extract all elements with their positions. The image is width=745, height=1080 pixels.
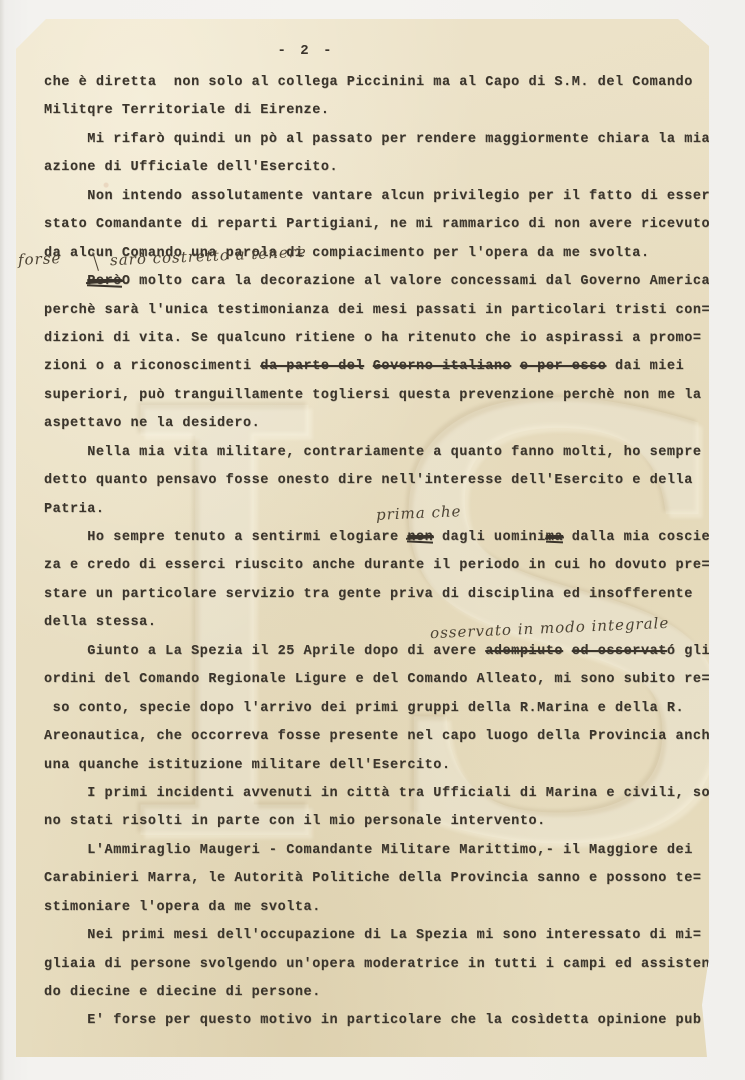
handwritten-annotation: forse bbox=[18, 251, 62, 268]
typed-line: osservato in modo integrale Giunto a La … bbox=[44, 638, 699, 666]
typed-line: superiori, può tranguillamente togliersi… bbox=[44, 382, 699, 410]
typed-line: gliaia di persone svolgendo un'opera mod… bbox=[44, 951, 699, 979]
struck-text: Governo italiano bbox=[373, 359, 511, 374]
typed-line: stare un particolare servizio tra gente … bbox=[44, 581, 699, 609]
typed-line: do diecine e diecine di persone. bbox=[44, 979, 699, 1007]
document-page: ISR - 2 - che è diretta non solo al coll… bbox=[16, 19, 709, 1057]
typed-text: E' forse per questo motivo in particolar… bbox=[44, 1013, 719, 1028]
typed-line: dizioni di vita. Se qualcuno ritiene o h… bbox=[44, 325, 699, 353]
typed-text: dalla mia coscien= bbox=[563, 530, 727, 545]
typed-text: Non intendo assolutamente vantare alcun … bbox=[44, 189, 719, 204]
typed-text: Ho sempre tenuto a sentirmi elogiare bbox=[44, 530, 407, 545]
typed-line: forse/sarò costretto a tenere PeròO molt… bbox=[44, 268, 699, 296]
typed-text: Areonautica, che occorreva fosse present… bbox=[44, 729, 719, 744]
typed-text: zioni o a riconoscimenti bbox=[44, 359, 260, 374]
typed-line: una quanche istituzione militare dell'Es… bbox=[44, 752, 699, 780]
typed-line: no stati risolti in parte con il mio per… bbox=[44, 808, 699, 836]
typed-line: Patria. bbox=[44, 496, 699, 524]
struck-text: ed osservat bbox=[572, 644, 667, 659]
typed-text: ó gli bbox=[667, 644, 710, 659]
typed-line: Militqre Territoriale di Eirenze. bbox=[44, 97, 699, 125]
struck-text: non bbox=[407, 524, 433, 552]
typed-text: I primi incidenti avvenuti in città tra … bbox=[44, 786, 719, 801]
typed-line: che è diretta non solo al collega Piccin… bbox=[44, 69, 699, 97]
typed-text: Giunto a La Spezia il 25 Aprile dopo di … bbox=[44, 644, 485, 659]
typed-line: ordini del Comando Regionale Ligure e de… bbox=[44, 666, 699, 694]
typed-text bbox=[511, 359, 520, 374]
typed-text: dizioni di vita. Se qualcuno ritiene o h… bbox=[44, 331, 702, 346]
typed-text bbox=[563, 644, 572, 659]
scan-background: { "page": { "number_label": "- 2 -" }, "… bbox=[0, 0, 745, 1080]
typed-line: Carabinieri Marra, le Autorità Politiche… bbox=[44, 865, 699, 893]
typed-line: so conto, specie dopo l'arrivo dei primi… bbox=[44, 695, 699, 723]
typed-line: L'Ammiraglio Maugeri - Comandante Milita… bbox=[44, 837, 699, 865]
typed-line: detto quanto pensavo fosse onesto dire n… bbox=[44, 467, 699, 495]
struck-text: Però bbox=[87, 268, 122, 296]
typed-text: Carabinieri Marra, le Autorità Politiche… bbox=[44, 871, 702, 886]
typed-text: della stessa. bbox=[44, 615, 156, 630]
typed-text: azione di Ufficiale dell'Esercito. bbox=[44, 160, 338, 175]
typed-text: stare un particolare servizio tra gente … bbox=[44, 587, 693, 602]
typed-line: stimoniare l'opera da me svolta. bbox=[44, 894, 699, 922]
typed-text: detto quanto pensavo fosse onesto dire n… bbox=[44, 473, 693, 488]
typed-text: za e credo di esserci riuscito anche dur… bbox=[44, 558, 710, 573]
typed-text: aspettavo ne la desidero. bbox=[44, 416, 260, 431]
typed-text: no stati risolti in parte con il mio per… bbox=[44, 814, 546, 829]
typed-line: zioni o a riconoscimenti da parte del Go… bbox=[44, 353, 699, 381]
struck-text: da parte del bbox=[260, 359, 364, 374]
typed-text bbox=[44, 274, 87, 289]
typed-text: una quanche istituzione militare dell'Es… bbox=[44, 758, 451, 773]
struck-text: adempiuto bbox=[485, 644, 563, 659]
typed-line: perchè sarà l'unica testimonianza dei me… bbox=[44, 297, 699, 325]
typed-text: gliaia di persone svolgendo un'opera mod… bbox=[44, 957, 719, 972]
typed-text: perchè sarà l'unica testimonianza dei me… bbox=[44, 303, 710, 318]
page-number: - 2 - bbox=[16, 37, 596, 65]
typed-line: Mi rifarò quindi un pò al passato per re… bbox=[44, 126, 699, 154]
typed-text: stimoniare l'opera da me svolta. bbox=[44, 900, 321, 915]
typed-text: dai miei bbox=[606, 359, 684, 374]
typed-text: che è diretta non solo al collega Piccin… bbox=[44, 75, 693, 90]
handwritten-annotation: prima che bbox=[376, 504, 462, 523]
typed-line: prima che Ho sempre tenuto a sentirmi el… bbox=[44, 524, 699, 552]
typed-text: so conto, specie dopo l'arrivo dei primi… bbox=[44, 701, 684, 716]
typed-text: Militqre Territoriale di Eirenze. bbox=[44, 103, 330, 118]
typed-line: I primi incidenti avvenuti in città tra … bbox=[44, 780, 699, 808]
typed-line: azione di Ufficiale dell'Esercito. bbox=[44, 154, 699, 182]
typed-line: aspettavo ne la desidero. bbox=[44, 410, 699, 438]
typed-text: O molto cara la decorazione al valore co… bbox=[122, 274, 728, 289]
typed-line: Nella mia vita militare, contrariamente … bbox=[44, 439, 699, 467]
typed-line: E' forse per questo motivo in particolar… bbox=[44, 1007, 699, 1035]
typed-text bbox=[364, 359, 373, 374]
typed-line: za e credo di esserci riuscito anche dur… bbox=[44, 552, 699, 580]
struck-text: ma bbox=[546, 524, 563, 552]
typed-line: Nei primi mesi dell'occupazione di La Sp… bbox=[44, 922, 699, 950]
typed-text: superiori, può tranguillamente togliersi… bbox=[44, 388, 702, 403]
struck-text: e per esso bbox=[520, 359, 607, 374]
typed-text: Nella mia vita militare, contrariamente … bbox=[44, 445, 702, 460]
typed-text: Mi rifarò quindi un pò al passato per re… bbox=[44, 132, 710, 147]
typed-text: dagli uomini bbox=[433, 530, 545, 545]
typed-line: Areonautica, che occorreva fosse present… bbox=[44, 723, 699, 751]
typed-text: L'Ammiraglio Maugeri - Comandante Milita… bbox=[44, 843, 693, 858]
typed-text: ordini del Comando Regionale Ligure e de… bbox=[44, 672, 710, 687]
typed-text: Nei primi mesi dell'occupazione di La Sp… bbox=[44, 928, 702, 943]
typed-line: Non intendo assolutamente vantare alcun … bbox=[44, 183, 699, 211]
typed-line: stato Comandante di reparti Partigiani, … bbox=[44, 211, 699, 239]
typed-text: Patria. bbox=[44, 502, 105, 517]
typed-text: stato Comandante di reparti Partigiani, … bbox=[44, 217, 710, 232]
typed-text: do diecine e diecine di persone. bbox=[44, 985, 321, 1000]
typed-text-block: che è diretta non solo al collega Piccin… bbox=[44, 69, 699, 1036]
